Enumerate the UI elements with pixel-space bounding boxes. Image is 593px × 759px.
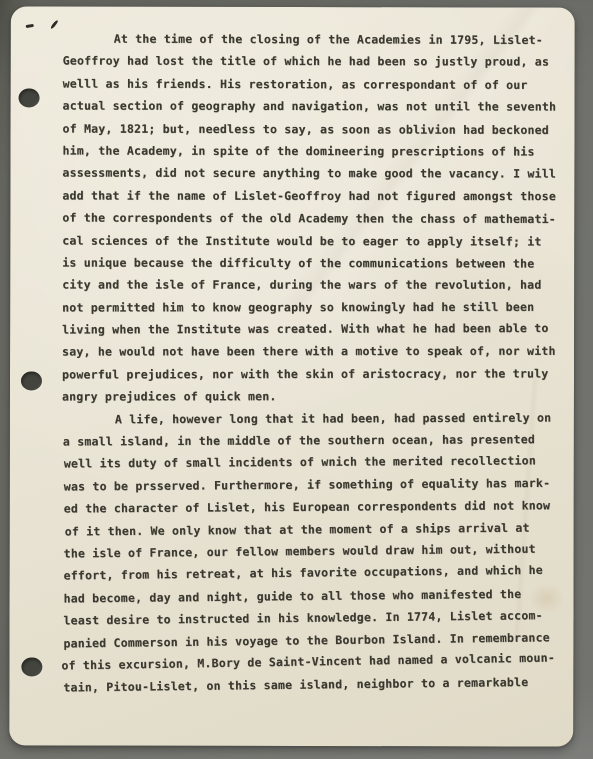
text-line: is unique because the difficulty of the … <box>62 251 562 274</box>
text-line: city and the isle of France, during the … <box>62 274 562 297</box>
typewritten-text: At the time of the closing of the Academ… <box>61 28 562 701</box>
text-line: tain, Pitou-Lislet, on this same island,… <box>63 671 563 699</box>
punch-hole <box>19 88 40 107</box>
pen-dash-mark <box>26 24 34 28</box>
text-line: of the correspondents of the old Academy… <box>62 207 562 231</box>
text-line: say, he would not have been there with a… <box>62 340 562 363</box>
text-line: him, the Academy, in spite of the domine… <box>62 139 562 162</box>
punch-hole <box>21 371 42 390</box>
text-line: add that if the name of Lislet-Geoffroy … <box>62 184 562 207</box>
text-line: actual section of geography and navigati… <box>63 95 563 118</box>
text-line: At the time of the closing of the Academ… <box>63 28 563 52</box>
text-line: A life, however long that it had been, h… <box>64 406 564 430</box>
text-line: of May, 1821; but, needless to say, as s… <box>62 117 562 141</box>
pen-tick-mark <box>50 20 59 30</box>
paragraph: A life, however long that it had been, h… <box>61 408 562 700</box>
text-line: angry prejudices of quick men. <box>62 385 562 408</box>
text-line: welll as his friends. His restoration, a… <box>63 72 563 96</box>
punch-hole <box>21 657 42 676</box>
text-line: assessments, did not secure anything to … <box>62 162 562 185</box>
paragraph: At the time of the closing of the Academ… <box>62 28 563 410</box>
text-line: powerful prejudices, nor with the skin o… <box>62 362 562 386</box>
text-line: Geoffroy had lost the title of which he … <box>63 50 563 73</box>
text-line: living when the Institute was created. W… <box>62 317 562 341</box>
text-line: cal sciences of the Institute would be t… <box>62 229 562 252</box>
text-line: not permitted him to know geography so k… <box>62 296 562 319</box>
manuscript-page: At the time of the closing of the Academ… <box>9 6 575 746</box>
